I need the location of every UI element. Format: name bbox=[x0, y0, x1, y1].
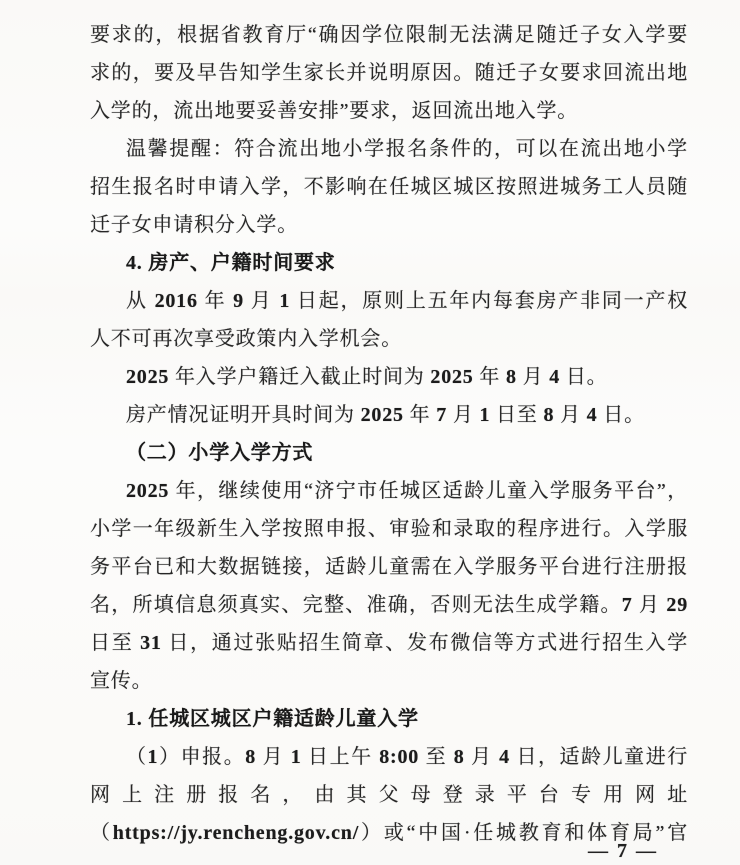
document-text-block: 要求的，根据省教育厅“确因学位限制无法满足随迁子女入学要 求的，要及早告知学生家… bbox=[90, 16, 688, 852]
text-line: 人不可再次享受政策内入学机会。 bbox=[90, 320, 688, 358]
text-line-declaration: （1）申报。8 月 1 日上午 8:00 至 8 月 4 日，适龄儿童进行 bbox=[90, 738, 688, 776]
text-line: 2025 年，继续使用“济宁市任城区适龄儿童入学服务平台”， bbox=[90, 472, 688, 510]
text-line: 日至 31 日，通过张贴招生简章、发布微信等方式进行招生入学 bbox=[90, 624, 688, 662]
text-line-justified-wide: 网上注册报名，由其父母登录平台专用网址 bbox=[90, 776, 688, 814]
text-line: 入学的，流出地要妥善安排”要求，返回流出地入学。 bbox=[90, 92, 688, 130]
text-line: 小学一年级新生入学按照申报、审验和录取的程序进行。入学服 bbox=[90, 510, 688, 548]
text-line: 要求的，根据省教育厅“确因学位限制无法满足随迁子女入学要 bbox=[90, 16, 688, 54]
scanned-document-page: 要求的，根据省教育厅“确因学位限制无法满足随迁子女入学要 求的，要及早告知学生家… bbox=[0, 0, 740, 865]
heading-section-4: 4. 房产、户籍时间要求 bbox=[90, 244, 688, 282]
text-line: 从 2016 年 9 月 1 日起，原则上五年内每套房产非同一产权 bbox=[90, 282, 688, 320]
text-line-deadline: 2025 年入学户籍迁入截止时间为 2025 年 8 月 4 日。 bbox=[90, 358, 688, 396]
heading-item-1: 1. 任城区城区户籍适龄儿童入学 bbox=[90, 700, 688, 738]
text-line: 招生报名时申请入学，不影响在任城区城区按照进城务工人员随 bbox=[90, 168, 688, 206]
page-number: — 7 — bbox=[588, 841, 658, 861]
heading-subsection-2: （二）小学入学方式 bbox=[90, 434, 688, 472]
text-line: 名，所填信息须真实、完整、准确，否则无法生成学籍。7 月 29 bbox=[90, 586, 688, 624]
text-line: 务平台已和大数据链接，适龄儿童需在入学服务平台进行注册报 bbox=[90, 548, 688, 586]
text-line: 求的，要及早告知学生家长并说明原因。随迁子女要求回流出地 bbox=[90, 54, 688, 92]
text-line-reminder-start: 温馨提醒：符合流出地小学报名条件的，可以在流出地小学 bbox=[90, 130, 688, 168]
text-line: 迁子女申请积分入学。 bbox=[90, 206, 688, 244]
text-line-certificate: 房产情况证明开具时间为 2025 年 7 月 1 日至 8 月 4 日。 bbox=[90, 396, 688, 434]
text-line: 宣传。 bbox=[90, 662, 688, 700]
